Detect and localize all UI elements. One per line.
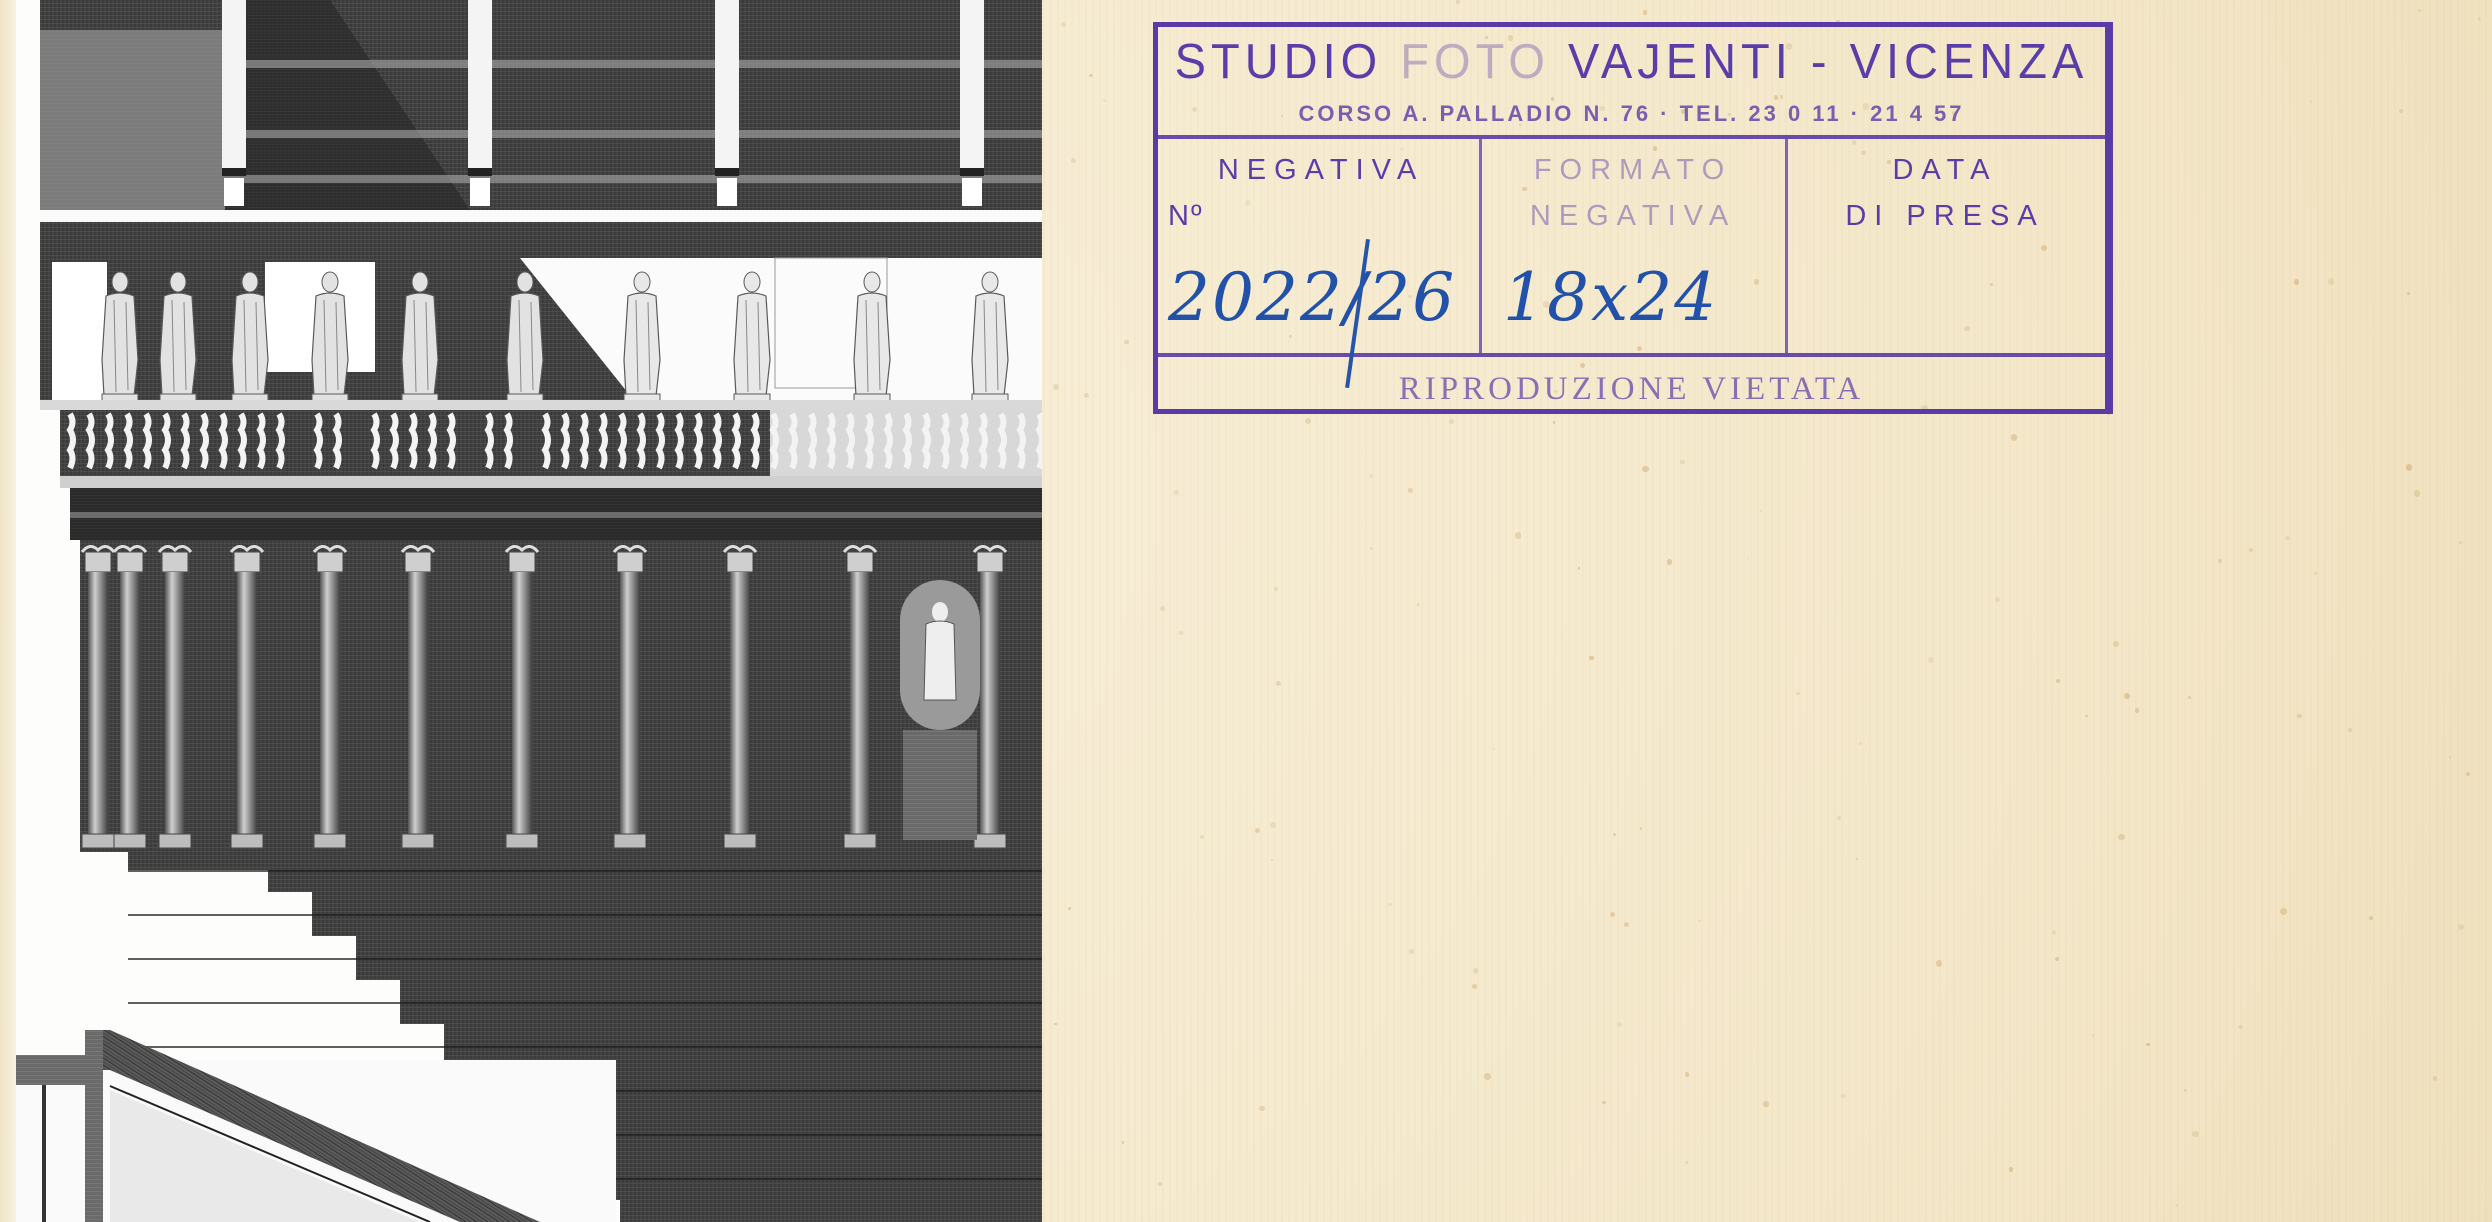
mount-edge xyxy=(0,0,16,1222)
number-sign-label: Nº xyxy=(1168,193,1204,239)
engraving-drawing xyxy=(0,0,1042,1222)
studio-word-1: STUDIO xyxy=(1175,33,1383,89)
studio-address: CORSO A. PALLADIO N. 76 · TEL. 23 0 11 ·… xyxy=(1158,101,2105,127)
negative-number-value: 2022/26 xyxy=(1168,259,1456,336)
stamp-column-divider-2 xyxy=(1785,139,1788,353)
format-label-line1: FORMATO xyxy=(1483,147,1783,193)
negative-label: NEGATIVA xyxy=(1166,147,1476,193)
architectural-engraving xyxy=(0,0,1042,1222)
format-label-line2: NEGATIVA xyxy=(1483,193,1783,239)
studio-name: STUDIO FOTO VAJENTI - VICENZA xyxy=(1168,32,2095,90)
stamp-divider-top xyxy=(1158,135,2105,139)
date-label: DATA DI PRESA xyxy=(1790,147,2100,239)
format-value: 18x24 xyxy=(1503,259,1718,336)
studio-word-3: VAJENTI xyxy=(1568,33,1793,89)
studio-word-2: FOTO xyxy=(1400,33,1550,89)
date-label-line2: DI PRESA xyxy=(1790,193,2100,239)
studio-city: VICENZA xyxy=(1850,33,2089,89)
format-label: FORMATO NEGATIVA xyxy=(1483,147,1783,239)
stamp-divider-bottom xyxy=(1158,353,2105,357)
reproduction-notice: RIPRODUZIONE VIETATA xyxy=(1158,371,2105,408)
date-label-line1: DATA xyxy=(1790,147,2100,193)
studio-stamp: STUDIO FOTO VAJENTI - VICENZA CORSO A. P… xyxy=(1153,22,2113,414)
studio-separator: - xyxy=(1811,33,1832,89)
negative-number-label: NEGATIVA xyxy=(1166,147,1476,193)
stamp-column-divider-1 xyxy=(1479,139,1482,353)
